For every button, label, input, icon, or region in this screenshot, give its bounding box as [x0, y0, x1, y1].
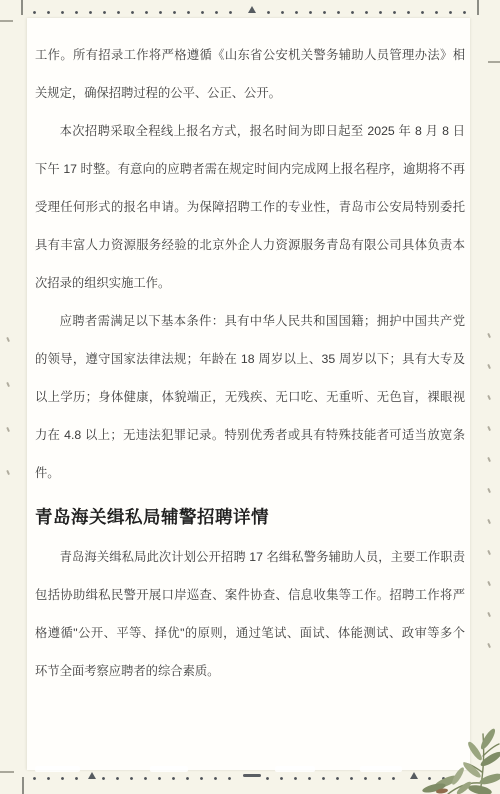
margin-tick — [6, 337, 10, 342]
paragraph: 本次招聘采取全程线上报名方式，报名时间为即日起至 2025 年 8 月 8 日下… — [35, 112, 465, 302]
margin-tick — [487, 550, 491, 555]
article-card: 工作。所有招录工作将严格遵循《山东省公安机关警务辅助人员管理办法》相关规定，确保… — [27, 18, 470, 770]
article-line: 力在 4.8 以上；无违法犯罪记录。特别优秀者或具有特殊技能者可适当放宽条 — [35, 416, 465, 454]
paper-patch — [150, 766, 188, 772]
margin-tick — [487, 333, 491, 338]
article-line: 格遵循"公开、平等、择优"的原则，通过笔试、面试、体能测试、政审等多个 — [35, 614, 465, 652]
paper-patch — [35, 766, 80, 772]
article-line: 件。 — [35, 454, 465, 492]
article-line: 具有丰富人力资源服务经验的北京外企人力资源服务青岛有限公司具体负责本 — [35, 226, 465, 264]
margin-tick — [6, 427, 10, 432]
article-line: 的领导，遵守国家法律法规；年龄在 18 周岁以上、35 周岁以下；具有大专及 — [35, 340, 465, 378]
corner-mark — [0, 771, 14, 773]
article-line: 工作。所有招录工作将严格遵循《山东省公安机关警务辅助人员管理办法》相 — [35, 36, 465, 74]
section-heading: 青岛海关缉私局辅警招聘详情 — [35, 502, 465, 532]
bottom-dotted-border — [102, 777, 238, 780]
corner-mark — [477, 0, 479, 15]
page: 工作。所有招录工作将严格遵循《山东省公安机关警务辅助人员管理办法》相关规定，确保… — [0, 0, 500, 794]
paragraph: 工作。所有招录工作将严格遵循《山东省公安机关警务辅助人员管理办法》相关规定，确保… — [35, 36, 465, 112]
paper-patch — [275, 766, 315, 772]
margin-tick — [487, 519, 491, 524]
dash-marker-icon — [243, 774, 261, 777]
bottom-dotted-border — [266, 777, 404, 780]
article-line: 应聘者需满足以下基本条件：具有中华人民共和国国籍；拥护中国共产党 — [35, 302, 465, 340]
article-line: 下午 17 时整。有意向的应聘者需在规定时间内完成网上报名程序，逾期将不再 — [35, 150, 465, 188]
article-line: 受理任何形式的报名申请。为保障招聘工作的专业性，青岛市公安局特别委托 — [35, 188, 465, 226]
article-line: 青岛海关缉私局此次计划公开招聘 17 名缉私警务辅助人员，主要工作职责 — [35, 538, 465, 576]
margin-tick — [487, 581, 491, 586]
article-line: 本次招聘采取全程线上报名方式，报名时间为即日起至 2025 年 8 月 8 日 — [35, 112, 465, 150]
margin-tick — [487, 395, 491, 400]
margin-tick — [487, 457, 491, 462]
bottom-dotted-border — [33, 777, 84, 780]
triangle-marker-icon — [88, 772, 96, 779]
margin-tick — [487, 612, 491, 617]
corner-mark — [488, 61, 500, 63]
paragraph: 应聘者需满足以下基本条件：具有中华人民共和国国籍；拥护中国共产党的领导，遵守国家… — [35, 302, 465, 492]
top-dotted-border — [267, 11, 467, 14]
margin-tick — [487, 426, 491, 431]
article-line: 以上学历；身体健康，体貌端正，无残疾、无口吃、无重听、无色盲，裸眼视 — [35, 378, 465, 416]
margin-tick — [487, 643, 491, 648]
paragraph: 青岛海关缉私局此次计划公开招聘 17 名缉私警务辅助人员，主要工作职责包括协助缉… — [35, 538, 465, 690]
top-dotted-border — [33, 11, 239, 14]
margin-tick — [6, 382, 10, 387]
margin-tick — [487, 364, 491, 369]
corner-mark — [0, 20, 13, 22]
article-line: 关规定，确保招聘过程的公平、公正、公开。 — [35, 74, 465, 112]
article-line: 次招录的组织实施工作。 — [35, 264, 465, 302]
article-body: 工作。所有招录工作将严格遵循《山东省公安机关警务辅助人员管理办法》相关规定，确保… — [27, 18, 470, 690]
corner-mark — [21, 0, 23, 15]
corner-mark — [22, 777, 24, 794]
margin-tick — [487, 488, 491, 493]
article-line: 包括协助缉私民警开展口岸巡查、案件协查、信息收集等工作。招聘工作将严 — [35, 576, 465, 614]
margin-tick — [6, 470, 10, 475]
olive-branch-icon — [390, 726, 500, 794]
triangle-marker-icon — [248, 6, 256, 13]
article-line: 环节全面考察应聘者的综合素质。 — [35, 652, 465, 690]
